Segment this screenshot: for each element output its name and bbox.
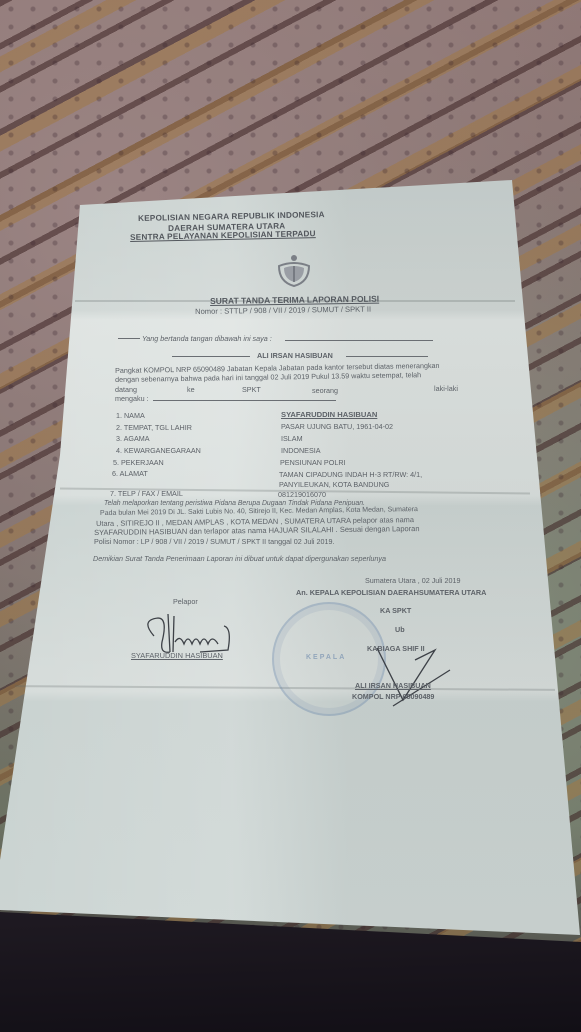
ub-label: Ub	[395, 625, 405, 634]
header-unit: SENTRA PELAYANAN KEPOLISIAN TERPADU	[130, 229, 316, 242]
reporter-label: Pelapor	[173, 597, 198, 606]
authority: An. KEPALA KEPOLISIAN DAERAHSUMATERA UTA…	[296, 588, 486, 597]
intro-line-3b: ke	[187, 385, 195, 394]
field-value: PENSIUNAN POLRI	[280, 458, 346, 467]
field-label: 7. TELP / FAX / EMAIL	[110, 489, 183, 498]
field-label: 2. TEMPAT, TGL LAHIR	[116, 423, 192, 432]
report-line-1: Telah melaporkan tentang peristiwa Pidan…	[104, 500, 365, 507]
stamp-text: KEPALA	[306, 654, 346, 661]
place-date: Sumatera Utara , 02 Juli 2019	[365, 576, 461, 585]
police-crest-icon	[275, 252, 313, 288]
divider	[346, 356, 428, 357]
field-value: 081219016070	[278, 490, 326, 499]
ka-spkt: KA SPKT	[380, 606, 411, 615]
report-line-5: Polisi Nomor : LP / 908 / VII / 2019 / S…	[94, 537, 335, 546]
divider	[172, 356, 250, 357]
reporter-name: SYAFARUDDIN HASIBUAN	[131, 651, 223, 660]
divider	[153, 400, 336, 401]
divider	[285, 340, 433, 341]
field-value: INDONESIA	[281, 446, 321, 455]
officer-rank: KOMPOL NRP 65090489	[352, 692, 434, 701]
closing-statement: Demikian Surat Tanda Penerimaan Laporan …	[93, 554, 386, 563]
field-value: TAMAN CIPADUNG INDAH H-3 RT/RW: 4/1,	[279, 470, 422, 479]
officer-name: ALI IRSAN HASIBUAN	[355, 681, 431, 690]
intro-line-3d: seorang	[312, 386, 338, 395]
field-value: ISLAM	[281, 434, 303, 443]
field-value: SYAFARUDDIN HASIBUAN	[281, 410, 377, 419]
field-label: 3. AGAMA	[116, 434, 150, 443]
intro-line-3e: laki-laki	[434, 384, 458, 393]
field-label: 6. ALAMAT	[112, 469, 148, 478]
header-institution: KEPOLISIAN NEGARA REPUBLIK INDONESIA	[138, 210, 325, 223]
field-label: 5. PEKERJAAN	[113, 458, 164, 467]
intro-line-3a: datang	[115, 385, 137, 394]
document-number: Nomor : STTLP / 908 / VII / 2019 / SUMUT…	[195, 305, 371, 316]
signer-name: ALI IRSAN HASIBUAN	[257, 351, 333, 360]
intro-line-4: mengaku :	[115, 394, 149, 403]
signer-intro: Yang bertanda tangan dibawah ini saya :	[142, 334, 272, 343]
divider	[118, 338, 140, 339]
intro-line-3c: SPKT	[242, 385, 261, 394]
field-value-cont: PANYILEUKAN, KOTA BANDUNG	[279, 480, 389, 489]
field-label: 1. NAMA	[116, 411, 145, 420]
field-label: 4. KEWARGANEGARAAN	[116, 446, 201, 455]
police-report-document: KEPOLISIAN NEGARA REPUBLIK INDONESIA DAE…	[0, 0, 581, 1032]
field-value: PASAR UJUNG BATU, 1961-04-02	[281, 422, 393, 431]
